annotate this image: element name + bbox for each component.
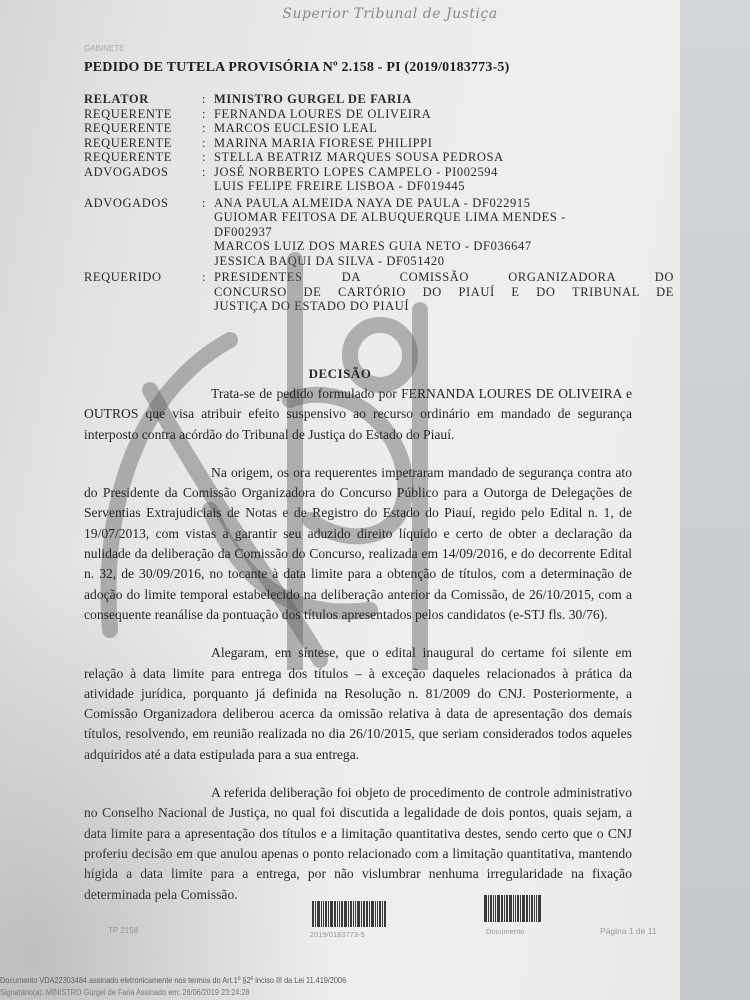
footer-code: TP 2158 xyxy=(108,926,138,935)
party-row: REQUERENTE:STELLA BEATRIZ MARQUES SOUSA … xyxy=(84,150,674,165)
party-values: MARCOS EUCLESIO LEAL xyxy=(214,121,674,136)
party-value: JOSÉ NORBERTO LOPES CAMPELO - PI002594 xyxy=(214,165,674,180)
party-value: DF002937 xyxy=(214,225,674,240)
party-separator: : xyxy=(202,107,214,122)
party-separator: : xyxy=(202,196,214,269)
decision-paragraph: A referida deliberação foi objeto de pro… xyxy=(84,783,632,905)
party-values: STELLA BEATRIZ MARQUES SOUSA PEDROSA xyxy=(214,150,674,165)
party-role: REQUERENTE xyxy=(84,136,202,151)
party-row: RELATOR:MINISTRO GURGEL DE FARIA xyxy=(84,92,674,107)
party-role: REQUERENTE xyxy=(84,150,202,165)
party-values: JOSÉ NORBERTO LOPES CAMPELO - PI002594LU… xyxy=(214,165,674,194)
party-value: MARCOS EUCLESIO LEAL xyxy=(214,121,674,136)
decision-paragraph: Alegaram, em síntese, que o edital inaug… xyxy=(84,643,632,765)
decision-paragraph: Trata-se de pedido formulado por FERNAND… xyxy=(84,384,632,445)
case-title: PEDIDO DE TUTELA PROVISÓRIA Nº 2.158 - P… xyxy=(84,60,510,76)
party-value: ANA PAULA ALMEIDA NAYA DE PAULA - DF0229… xyxy=(214,196,674,211)
barcode-document-label: Documento xyxy=(486,927,524,936)
barcode-document-icon xyxy=(484,895,542,922)
party-values: MARINA MARIA FIORESE PHILIPPI xyxy=(214,136,674,151)
party-row: REQUERIDO:PRESIDENTES DA COMISSÃO ORGANI… xyxy=(84,270,674,314)
page-number: Página 1 de 11 xyxy=(600,926,657,936)
party-separator: : xyxy=(202,165,214,194)
party-values: PRESIDENTES DA COMISSÃO ORGANIZADORA DOC… xyxy=(214,270,674,314)
barcode-process-label: 2019/0183773-5 xyxy=(310,930,365,939)
party-role: REQUERENTE xyxy=(84,107,202,122)
party-row: REQUERENTE:MARINA MARIA FIORESE PHILIPPI xyxy=(84,136,674,151)
party-role: ADVOGADOS xyxy=(84,196,202,269)
decision-body: Trata-se de pedido formulado por FERNAND… xyxy=(84,384,632,923)
background-surface xyxy=(680,0,750,1000)
party-separator: : xyxy=(202,150,214,165)
party-role: REQUERENTE xyxy=(84,121,202,136)
decision-paragraph: Na origem, os ora requerentes impetraram… xyxy=(84,463,632,625)
party-value: CONCURSO DE CARTÓRIO DO PIAUÍ E DO TRIBU… xyxy=(214,285,674,300)
barcode-process-icon xyxy=(312,901,387,927)
party-value: JUSTIÇA DO ESTADO DO PIAUÍ xyxy=(214,299,674,314)
party-row: REQUERENTE:MARCOS EUCLESIO LEAL xyxy=(84,121,674,136)
party-values: ANA PAULA ALMEIDA NAYA DE PAULA - DF0229… xyxy=(214,196,674,269)
party-separator: : xyxy=(202,92,214,107)
party-role: ADVOGADOS xyxy=(84,165,202,194)
parties-block: RELATOR:MINISTRO GURGEL DE FARIAREQUEREN… xyxy=(84,92,674,314)
signatory-line: Signatário(a): MINISTRO Gurgel de Faria … xyxy=(0,987,482,997)
party-separator: : xyxy=(202,270,214,314)
electronic-signature-notice: Documento VDA22303484 assinado eletronic… xyxy=(0,975,482,985)
party-value: GUIOMAR FEITOSA DE ALBUQUERQUE LIMA MEND… xyxy=(214,210,674,225)
party-row: REQUERENTE:FERNANDA LOURES DE OLIVEIRA xyxy=(84,107,674,122)
party-value: MARCOS LUIZ DOS MARES GUIA NETO - DF0366… xyxy=(214,239,674,254)
party-separator: : xyxy=(202,121,214,136)
party-role: REQUERIDO xyxy=(84,270,202,314)
party-separator: : xyxy=(202,136,214,151)
party-row: ADVOGADOS:JOSÉ NORBERTO LOPES CAMPELO - … xyxy=(84,165,674,194)
gabinete-label: GABINETE xyxy=(84,44,124,53)
party-value: PRESIDENTES DA COMISSÃO ORGANIZADORA DO xyxy=(214,270,674,285)
document-page: Superior Tribunal de Justiça GABINETE PE… xyxy=(0,0,680,1000)
party-value: FERNANDA LOURES DE OLIVEIRA xyxy=(214,107,674,122)
party-value: MINISTRO GURGEL DE FARIA xyxy=(214,92,674,107)
party-row: ADVOGADOS:ANA PAULA ALMEIDA NAYA DE PAUL… xyxy=(84,196,674,269)
party-value: MARINA MARIA FIORESE PHILIPPI xyxy=(214,136,674,151)
party-value: JESSICA BAQUI DA SILVA - DF051420 xyxy=(214,254,674,269)
party-value: LUIS FELIPE FREIRE LISBOA - DF019445 xyxy=(214,179,674,194)
party-values: MINISTRO GURGEL DE FARIA xyxy=(214,92,674,107)
court-name-header: Superior Tribunal de Justiça xyxy=(250,6,530,22)
party-role: RELATOR xyxy=(84,92,202,107)
decision-heading: DECISÃO xyxy=(0,366,680,382)
party-value: STELLA BEATRIZ MARQUES SOUSA PEDROSA xyxy=(214,150,674,165)
party-values: FERNANDA LOURES DE OLIVEIRA xyxy=(214,107,674,122)
